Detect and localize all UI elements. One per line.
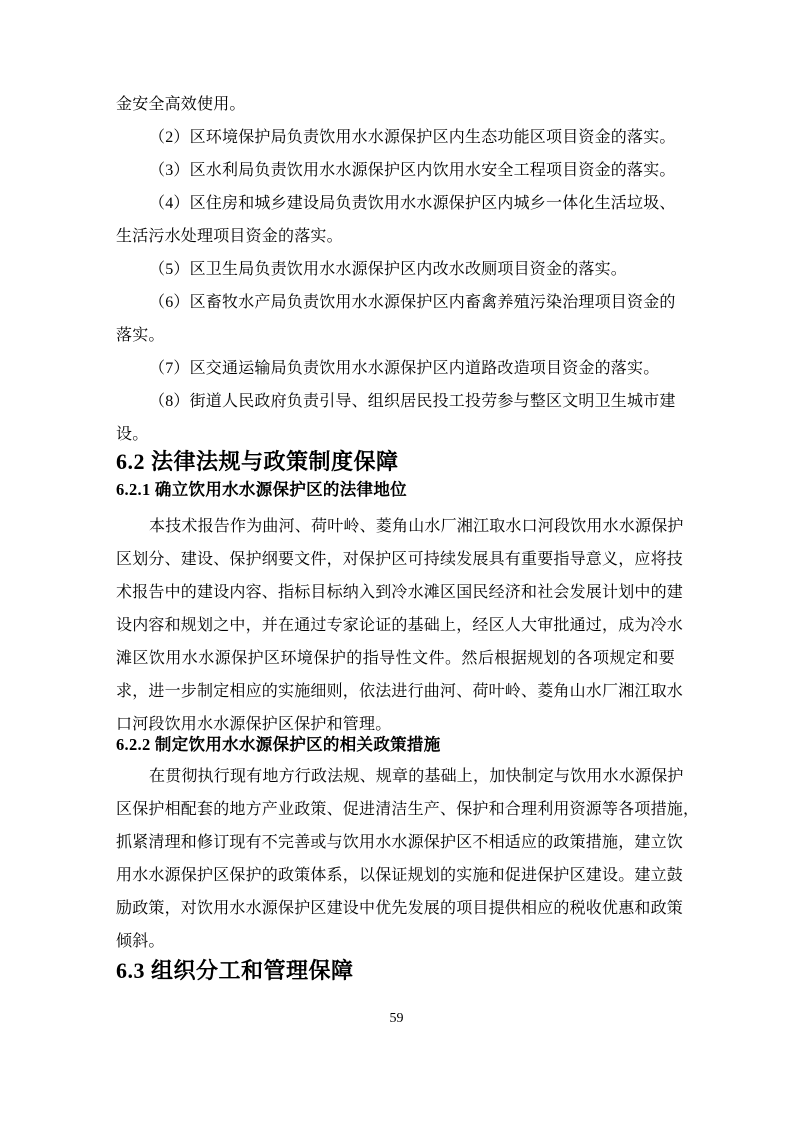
paragraph-item-4: （4）区住房和城乡建设局负责饮用水水源保护区内城乡一体化生活垃圾、 生活污水处理…	[116, 187, 675, 253]
body-line: （8）街道人民政府负责引导、组织居民投工投劳参与整区文明卫生城市建	[116, 385, 675, 418]
paragraph-item-8: （8）街道人民政府负责引导、组织居民投工投劳参与整区文明卫生城市建 设。	[116, 385, 675, 451]
body-line: （2）区环境保护局负责饮用水水源保护区内生态功能区项目资金的落实。	[116, 121, 675, 154]
body-line: 术报告中的建设内容、指标目标纳入到冷水滩区国民经济和社会发展计划中的建	[116, 576, 675, 609]
paragraph-item-2: （2）区环境保护局负责饮用水水源保护区内生态功能区项目资金的落实。	[116, 121, 675, 154]
body-line: 落实。	[116, 319, 675, 352]
paragraph-intro-continuation: 金安全高效使用。	[116, 88, 675, 121]
paragraph-6-2-2: 在贯彻执行现有地方行政法规、规章的基础上，加快制定与饮用水水源保护 区保护相配套…	[116, 760, 675, 958]
body-line: （5）区卫生局负责饮用水水源保护区内改水改厕项目资金的落实。	[116, 253, 675, 286]
page-number: 59	[0, 1010, 793, 1028]
paragraph-item-3: （3）区水利局负责饮用水水源保护区内饮用水安全工程项目资金的落实。	[116, 154, 675, 187]
body-line: （6）区畜牧水产局负责饮用水水源保护区内畜禽养殖污染治理项目资金的	[116, 286, 675, 319]
body-line: 励政策，对饮用水水源保护区建设中优先发展的项目提供相应的税收优惠和政策	[116, 892, 675, 925]
body-line: （3）区水利局负责饮用水水源保护区内饮用水安全工程项目资金的落实。	[116, 154, 675, 187]
body-line: 倾斜。	[116, 925, 675, 958]
body-line: （7）区交通运输局负责饮用水水源保护区内道路改造项目资金的落实。	[116, 352, 675, 385]
body-line: 区划分、建设、保护纲要文件，对保护区可持续发展具有重要指导意义，应将技	[116, 543, 675, 576]
paragraph-6-2-1: 本技术报告作为曲河、荷叶岭、菱角山水厂湘江取水口河段饮用水水源保护 区划分、建设…	[116, 510, 675, 741]
body-line: 求，进一步制定相应的实施细则，依法进行曲河、荷叶岭、菱角山水厂湘江取水	[116, 675, 675, 708]
body-line: 本技术报告作为曲河、荷叶岭、菱角山水厂湘江取水口河段饮用水水源保护	[116, 510, 675, 543]
body-line: 区保护相配套的地方产业政策、促进清洁生产、保护和合理利用资源等各项措施，	[116, 793, 675, 826]
body-line: 设内容和规划之中，并在通过专家论证的基础上，经区人大审批通过，成为冷水	[116, 609, 675, 642]
section-heading-6-3: 6.3 组织分工和管理保障	[116, 956, 675, 986]
page-content: 金安全高效使用。 （2）区环境保护局负责饮用水水源保护区内生态功能区项目资金的落…	[116, 88, 675, 986]
body-line: 抓紧清理和修订现有不完善或与饮用水水源保护区不相适应的政策措施，建立饮	[116, 826, 675, 859]
body-line: （4）区住房和城乡建设局负责饮用水水源保护区内城乡一体化生活垃圾、	[116, 187, 675, 220]
body-line: 用水水源保护区保护的政策体系，以保证规划的实施和促进保护区建设。建立鼓	[116, 859, 675, 892]
section-heading-6-2: 6.2 法律法规与政策制度保障	[116, 447, 675, 477]
paragraph-item-7: （7）区交通运输局负责饮用水水源保护区内道路改造项目资金的落实。	[116, 352, 675, 385]
paragraph-item-6: （6）区畜牧水产局负责饮用水水源保护区内畜禽养殖污染治理项目资金的 落实。	[116, 286, 675, 352]
subsection-heading-6-2-1: 6.2.1 确立饮用水水源保护区的法律地位	[116, 477, 675, 503]
paragraph-item-5: （5）区卫生局负责饮用水水源保护区内改水改厕项目资金的落实。	[116, 253, 675, 286]
body-line: 生活污水处理项目资金的落实。	[116, 220, 675, 253]
body-line: 在贯彻执行现有地方行政法规、规章的基础上，加快制定与饮用水水源保护	[116, 760, 675, 793]
subsection-heading-6-2-2: 6.2.2 制定饮用水水源保护区的相关政策措施	[116, 732, 675, 758]
body-line: 金安全高效使用。	[116, 88, 675, 121]
body-line: 滩区饮用水水源保护区环境保护的指导性文件。然后根据规划的各项规定和要	[116, 642, 675, 675]
document-page: 金安全高效使用。 （2）区环境保护局负责饮用水水源保护区内生态功能区项目资金的落…	[0, 0, 793, 1122]
